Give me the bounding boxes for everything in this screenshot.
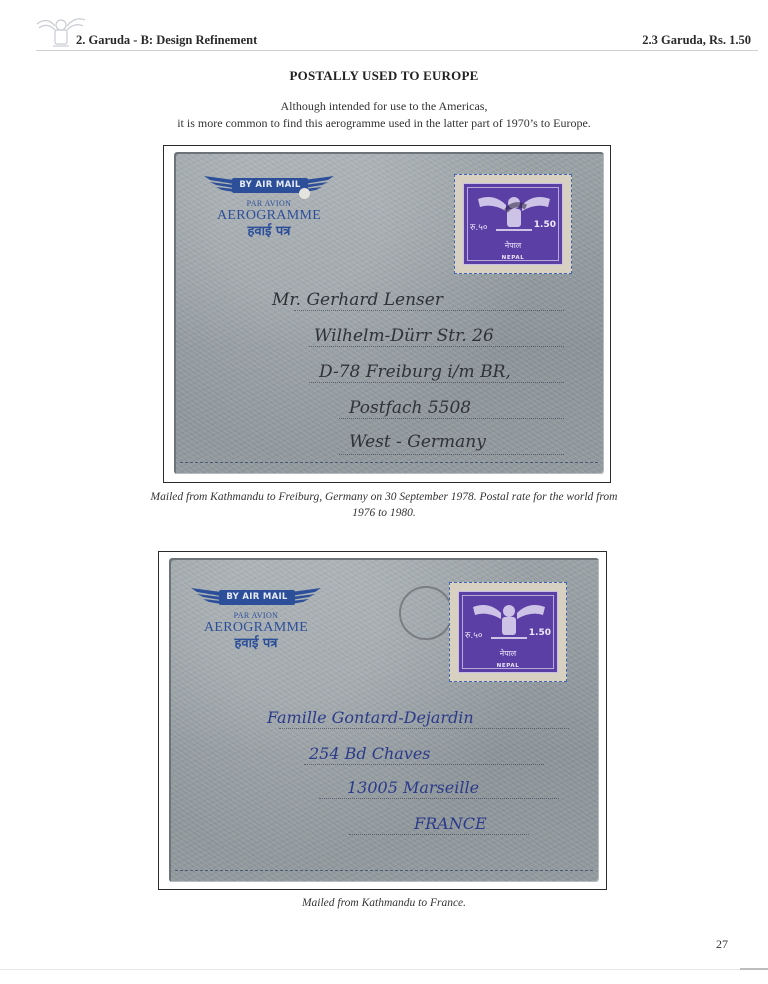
recipient-address: Mr. Gerhard Lenser Wilhelm-Dürr Str. 26 … — [174, 152, 604, 474]
caption-text: Mailed from Kathmandu to Freiburg, Germa… — [149, 489, 619, 521]
page-number: 27 — [716, 937, 728, 952]
header-divider — [36, 50, 758, 51]
address-line: Mr. Gerhard Lenser — [272, 290, 443, 310]
address-line: Wilhelm-Dürr Str. 26 — [314, 326, 494, 346]
caption: Mailed from Kathmandu to France. — [0, 895, 768, 911]
address-line: Postfach 5508 — [349, 398, 471, 418]
caption: Mailed from Kathmandu to Freiburg, Germa… — [0, 489, 768, 521]
fold-line — [175, 870, 593, 871]
fold-line — [180, 462, 598, 463]
intro-line: it is more common to find this aerogramm… — [0, 115, 768, 132]
aerogramme-letter: BY AIR MAIL PAR AVION AEROGRAMME हवाई पत… — [174, 152, 604, 474]
address-line: Famille Gontard-Dejardin — [267, 708, 474, 727]
section-title: 2. Garuda - B: Design Refinement — [76, 33, 257, 48]
address-line: 13005 Marseille — [347, 778, 479, 797]
footer-mark — [740, 968, 768, 970]
subsection-title: 2.3 Garuda, Rs. 1.50 — [642, 33, 751, 48]
recipient-address: Famille Gontard-Dejardin 254 Bd Chaves 1… — [169, 558, 599, 882]
intro-line: Although intended for use to the America… — [0, 98, 768, 115]
address-line: D-78 Freiburg i/m BR, — [319, 362, 511, 382]
footer-divider — [0, 969, 768, 970]
address-line: 254 Bd Chaves — [309, 744, 431, 763]
aerogramme-image-frame: BY AIR MAIL PAR AVION AEROGRAMME हवाई पत… — [158, 551, 607, 890]
page-title: POSTALLY USED TO EUROPE — [0, 68, 768, 84]
intro-text: Although intended for use to the America… — [0, 98, 768, 132]
aerogramme-letter: BY AIR MAIL PAR AVION AEROGRAMME हवाई पत… — [169, 558, 599, 882]
aerogramme-image-frame: BY AIR MAIL PAR AVION AEROGRAMME हवाई पत… — [163, 145, 611, 483]
address-line: FRANCE — [414, 814, 487, 833]
address-line: West - Germany — [349, 432, 486, 452]
